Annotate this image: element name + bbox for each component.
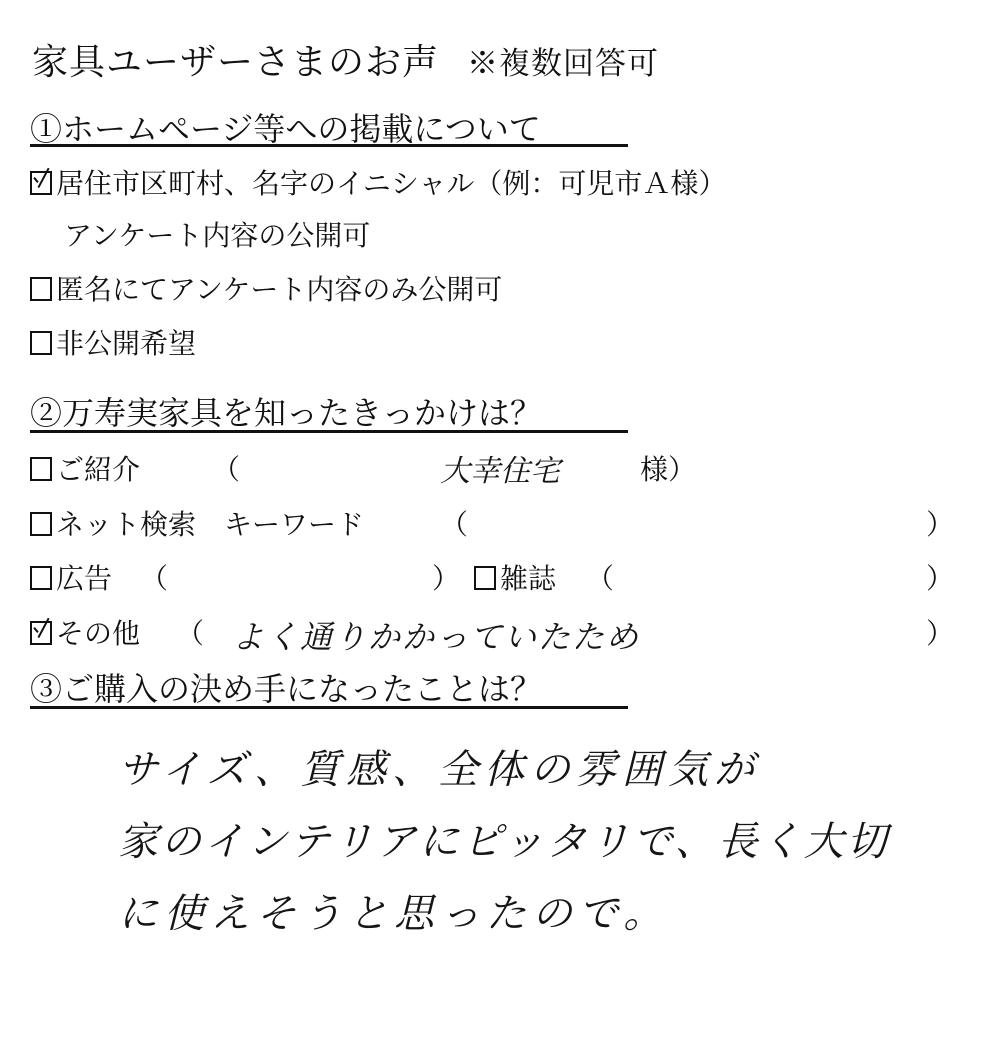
net-search-open-paren: （ bbox=[440, 503, 468, 543]
magazine-field[interactable] bbox=[620, 557, 910, 591]
keyword-field[interactable] bbox=[478, 503, 918, 537]
option-label: 非公開希望 bbox=[56, 327, 196, 360]
other-close-paren: ） bbox=[926, 612, 954, 652]
option-label: ご紹介 bbox=[56, 453, 140, 486]
option-label: ネット検索 キーワード bbox=[56, 508, 364, 541]
source-net-search[interactable]: ネット検索 キーワード bbox=[30, 503, 364, 543]
answer-line: 家のインテリアにピッタリで、長く大切 bbox=[118, 810, 890, 874]
publish-option-anonymous[interactable]: 匿名にてアンケート内容のみ公開可 bbox=[30, 268, 502, 308]
magazine-open-paren: （ bbox=[586, 557, 614, 597]
form-title: 家具ユーザーさまのお声※複数回答可 bbox=[32, 34, 659, 85]
option-label: 匿名にてアンケート内容のみ公開可 bbox=[56, 273, 502, 306]
section3-underline bbox=[30, 706, 628, 709]
ad-field[interactable] bbox=[176, 557, 426, 591]
option-label: 雑誌 bbox=[500, 562, 556, 595]
checkbox-icon[interactable] bbox=[30, 277, 52, 301]
option-label: その他 bbox=[56, 617, 140, 650]
checkbox-icon[interactable] bbox=[30, 512, 52, 536]
form-title-main: 家具ユーザーさまのお声 bbox=[32, 42, 439, 83]
section2-heading: ②万寿実家具を知ったきっかけは？ bbox=[30, 388, 542, 434]
source-ad[interactable]: 広告 bbox=[30, 557, 112, 597]
checkbox-icon[interactable] bbox=[30, 457, 52, 481]
checkbox-icon[interactable] bbox=[30, 331, 52, 355]
ad-open-paren: （ bbox=[140, 557, 168, 597]
multiple-answers-note: ※複数回答可 bbox=[467, 46, 659, 82]
referral-open-paren: （ bbox=[212, 448, 240, 488]
publish-option-private[interactable]: 非公開希望 bbox=[30, 322, 196, 362]
option-label: 広告 bbox=[56, 562, 112, 595]
checkbox-checked-icon[interactable] bbox=[30, 621, 52, 645]
checkbox-checked-icon[interactable] bbox=[30, 171, 52, 195]
publish-option-initials-line2: アンケート内容の公開可 bbox=[64, 214, 370, 254]
option-label: 居住市区町村、名字のイニシャル（例：可児市Ａ様） bbox=[56, 167, 726, 200]
section3-heading: ③ご購入の決め手になったことは？ bbox=[30, 664, 542, 710]
other-reason-field[interactable]: よく通りかかっていたため bbox=[232, 612, 640, 658]
section1-underline bbox=[30, 144, 628, 147]
referral-name-field[interactable]: 大幸住宅 bbox=[440, 446, 560, 490]
source-magazine[interactable]: 雑誌 bbox=[474, 557, 556, 597]
answer-line: サイズ、質感、全体の雰囲気が bbox=[118, 738, 890, 802]
purchase-reason-answer[interactable]: サイズ、質感、全体の雰囲気が 家のインテリアにピッタリで、長く大切 に使えそうと… bbox=[118, 738, 890, 946]
referral-suffix: 様） bbox=[640, 448, 696, 488]
checkbox-icon[interactable] bbox=[30, 566, 52, 590]
source-referral[interactable]: ご紹介 bbox=[30, 448, 140, 488]
answer-line: に使えそうと思ったので。 bbox=[118, 882, 890, 946]
ad-close-paren: ） bbox=[432, 557, 460, 597]
publish-option-initials[interactable]: 居住市区町村、名字のイニシャル（例：可児市Ａ様） bbox=[30, 162, 726, 202]
source-other[interactable]: その他 bbox=[30, 612, 140, 652]
other-open-paren: （ bbox=[176, 612, 204, 652]
section2-underline bbox=[30, 430, 628, 433]
checkbox-icon[interactable] bbox=[474, 566, 496, 590]
net-search-close-paren: ） bbox=[926, 503, 954, 543]
magazine-close-paren: ） bbox=[926, 557, 954, 597]
